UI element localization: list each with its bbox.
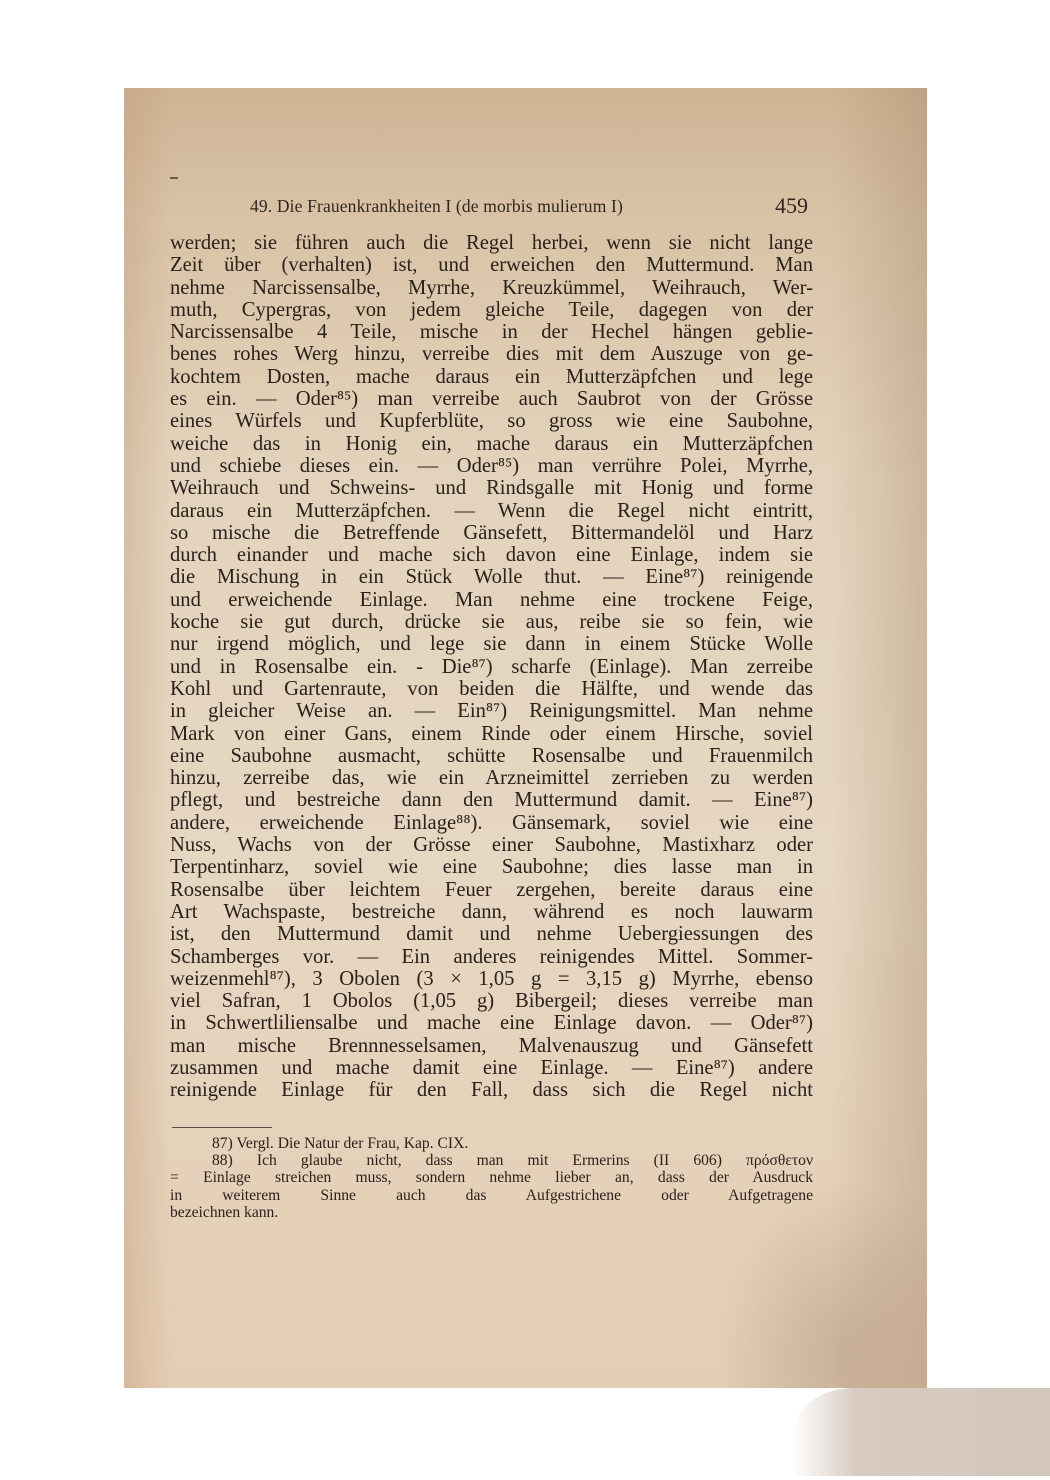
running-head: 49. Die Frauenkrankheiten I (de morbis m… bbox=[250, 196, 623, 217]
text-line: andere, erweichende Einlage⁸⁸). Gänsemar… bbox=[170, 812, 813, 834]
text-line: und schiebe dieses ein. — Oder⁸⁵) man ve… bbox=[170, 455, 813, 477]
text-line: pflegt, und bestreiche dann den Muttermu… bbox=[170, 789, 813, 811]
footnote-88-line: 88) Ich glaube nicht, dass man mit Ermer… bbox=[170, 1152, 813, 1169]
footnote-88-line: = Einlage streichen muss, sondern nehme … bbox=[170, 1169, 813, 1186]
text-line: koche sie gut durch, drücke sie aus, rei… bbox=[170, 611, 813, 633]
text-line: Weihrauch und Schweins- und Rindsgalle m… bbox=[170, 477, 813, 499]
text-line: in gleicher Weise an. — Ein⁸⁷) Reinigung… bbox=[170, 700, 813, 722]
footnote-88-line: in weiterem Sinne auch das Aufgestrichen… bbox=[170, 1187, 813, 1204]
text-line: daraus ein Mutterzäpfchen. — Wenn die Re… bbox=[170, 500, 813, 522]
footnote-88-line: bezeichnen kann. bbox=[170, 1204, 813, 1221]
text-line: es ein. — Oder⁸⁵) man verreibe auch Saub… bbox=[170, 388, 813, 410]
text-line: Mark von einer Gans, einem Rinde oder ei… bbox=[170, 723, 813, 745]
text-line: Zeit über (verhalten) ist, und erweichen… bbox=[170, 254, 813, 276]
footnote-87: 87) Vergl. Die Natur der Frau, Kap. CIX. bbox=[170, 1135, 813, 1152]
body-text: werden; sie führen auch die Regel herbei… bbox=[170, 232, 813, 1102]
text-line: die Mischung in ein Stück Wolle thut. — … bbox=[170, 566, 813, 588]
text-line: in Schwertliliensalbe und mache eine Ein… bbox=[170, 1012, 813, 1034]
text-line: und erweichende Einlage. Man nehme eine … bbox=[170, 589, 813, 611]
text-line: Terpentinharz, soviel wie eine Saubohne;… bbox=[170, 856, 813, 878]
text-line: Art Wachspaste, bestreiche dann, während… bbox=[170, 901, 813, 923]
text-line: weizenmehl⁸⁷), 3 Obolen (3 × 1,05 g = 3,… bbox=[170, 968, 813, 990]
footnote-rule bbox=[172, 1127, 272, 1128]
thumb-shadow bbox=[792, 1388, 1050, 1476]
text-line: Schamberges vor. — Ein anderes reinigend… bbox=[170, 946, 813, 968]
text-line: zusammen und mache damit eine Einlage. —… bbox=[170, 1057, 813, 1079]
text-line: eine Saubohne ausmacht, schütte Rosensal… bbox=[170, 745, 813, 767]
text-line: viel Safran, 1 Obolos (1,05 g) Bibergeil… bbox=[170, 990, 813, 1012]
text-line: reinigende Einlage für den Fall, dass si… bbox=[170, 1079, 813, 1101]
footnotes: 87) Vergl. Die Natur der Frau, Kap. CIX.… bbox=[170, 1135, 813, 1221]
text-line: nur irgend möglich, und lege sie dann in… bbox=[170, 633, 813, 655]
text-line: werden; sie führen auch die Regel herbei… bbox=[170, 232, 813, 254]
text-line: muth, Cypergras, von jedem gleiche Teile… bbox=[170, 299, 813, 321]
text-line: so mische die Betreffende Gänsefett, Bit… bbox=[170, 522, 813, 544]
page-number: 459 bbox=[775, 193, 808, 219]
text-line: und in Rosensalbe ein. - Die⁸⁷) scharfe … bbox=[170, 656, 813, 678]
text-line: Nuss, Wachs von der Grösse einer Saubohn… bbox=[170, 834, 813, 856]
text-line: eines Würfels und Kupferblüte, so gross … bbox=[170, 410, 813, 432]
text-line: benes rohes Werg hinzu, verreibe dies mi… bbox=[170, 343, 813, 365]
text-line: man mische Brennnesselsamen, Malvenauszu… bbox=[170, 1035, 813, 1057]
text-line: hinzu, zerreibe das, wie ein Arzneimitte… bbox=[170, 767, 813, 789]
text-line: kochtem Dosten, mache daraus ein Mutterz… bbox=[170, 366, 813, 388]
text-line: Rosensalbe über leichtem Feuer zergehen,… bbox=[170, 879, 813, 901]
text-line: Kohl und Gartenraute, von beiden die Häl… bbox=[170, 678, 813, 700]
text-line: ist, den Muttermund damit und nehme Uebe… bbox=[170, 923, 813, 945]
text-line: weiche das in Honig ein, mache daraus ei… bbox=[170, 433, 813, 455]
text-line: nehme Narcissensalbe, Myrrhe, Kreuzkümme… bbox=[170, 277, 813, 299]
text-line: Narcissensalbe 4 Teile, mische in der He… bbox=[170, 321, 813, 343]
text-line: durch einander und mache sich davon eine… bbox=[170, 544, 813, 566]
page-speck bbox=[170, 177, 178, 179]
